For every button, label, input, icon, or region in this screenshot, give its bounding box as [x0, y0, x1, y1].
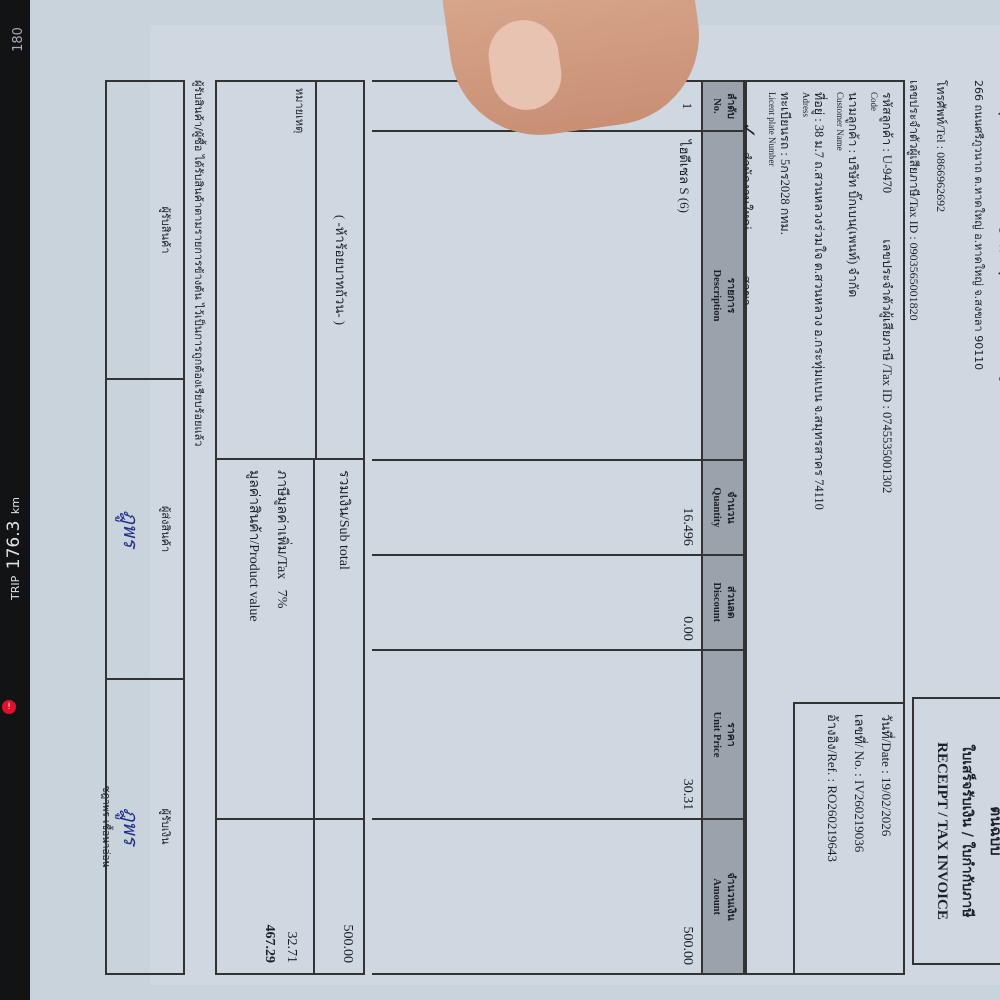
sender-signature: ฎูพร: [115, 380, 147, 678]
items-table: ลำดับNo. รายการDescription จำนวนQuantity…: [372, 80, 745, 975]
plate-row: ทะเบียนรถ : 5กร2028 กทม. Licent plate Nu…: [767, 92, 795, 692]
plate-label: ทะเบียนรถ :: [778, 92, 792, 156]
vat-rate: 7%: [274, 590, 289, 609]
product-value: 467.29: [261, 830, 277, 963]
receiver-signature-box: ผู้รับสินค้า: [105, 80, 185, 380]
copy-label: ต้นฉบับ: [984, 699, 1000, 963]
plate-sub-label: Licent plate Number: [767, 92, 777, 692]
company-name: ห้างหุ้นส่วนจำกัด วชิรญาฏ กรุ๊ป สำนักงาน…: [996, 80, 1000, 680]
tax-value: 0903565001820: [907, 243, 921, 321]
address-sub-label: Adress: [801, 92, 811, 692]
customer-name: บริษัท บิ๊กเบน(เพนท์) จำกัด: [846, 156, 860, 297]
customer-code-label: รหัสลูกค้า :: [880, 92, 894, 152]
cell-description: ไฮดีเซล S (6): [372, 131, 702, 460]
remark-label: หมายเหตุ: [293, 88, 305, 133]
subtotal-value: 500.00: [339, 830, 355, 963]
cell-unit-price: 30.31: [372, 650, 702, 820]
document-info: วันที่/Date : 19/02/2026 เลขที่/ No. : I…: [793, 702, 903, 973]
ref-row: อ้างอิง/Ref. : RO260219643: [822, 714, 843, 963]
title-english: RECEIPT / TAX INVOICE: [933, 699, 950, 963]
header-unit-price: ราคาUnit Price: [702, 650, 744, 820]
header-quantity: จำนวนQuantity: [702, 460, 744, 555]
plate-number: 5กร2028 กทม.: [778, 159, 792, 235]
totals-values: 500.00 32.71 467.29: [215, 820, 365, 975]
signature-section: ผู้รับสินค้า ผู้ส่งสินค้า ฎูพร ผู้รับเงิ…: [105, 80, 185, 975]
company-header: ห้างหุ้นส่วนจำกัด วชิรญาฏ กรุ๊ป สำนักงาน…: [904, 80, 1000, 680]
amount-in-words: ( -ห้าร้อยบาทถ้วน- ): [315, 80, 365, 460]
customer-info: รหัสลูกค้า : U-9470 เลขประจำตัวผู้เสียภา…: [747, 82, 903, 702]
totals-section: ( -ห้าร้อยบาทถ้วน- ) หมายเหตุ รวมเงิน/Su…: [215, 80, 365, 975]
tax-label: เลขประจำตัวผู้เสียภาษี/Tax ID :: [907, 80, 921, 240]
table-header: ลำดับNo. รายการDescription จำนวนQuantity…: [702, 81, 744, 974]
sender-signature-box: ผู้ส่งสินค้า ฎูพร: [105, 380, 185, 680]
payee-label: ผู้รับเงิน: [159, 809, 172, 845]
payee-signature-box: ผู้รับเงิน ฎูพร ชฎาพร เชื้อนาอ่อน: [105, 680, 185, 975]
receipt: ห้างหุ้นส่วนจำกัด วชิรญาฏ กรุ๊ป สำนักงาน…: [150, 25, 1000, 985]
table-row: 1 ไฮดีเซล S (6) 16.496 0.00 30.31 500.00: [372, 81, 702, 974]
customer-address-row: ที่อยู่ : 38 ม.7 ถ.สวนหลวงร่วมใจ ต.สวนหล…: [801, 92, 829, 692]
header-discount: ส่วนลดDiscount: [702, 555, 744, 650]
customer-tax-id: 0745535001302: [880, 412, 894, 493]
company-tax-id: เลขประจำตัวผู้เสียภาษี/Tax ID : 09035650…: [904, 80, 923, 680]
payee-signature: ฎูพร: [115, 680, 147, 973]
vat-label-row: ภาษีมูลค่าเพิ่ม/Tax 7%: [271, 470, 293, 808]
trip-readout: TRIP 176.3 km: [4, 497, 24, 600]
trip-value: 176.3: [4, 521, 24, 570]
header-description: รายการDescription: [702, 131, 744, 460]
customer-name-label: นามลูกค้า :: [846, 92, 860, 153]
header-amount: จำนวนเงินAmount: [702, 819, 744, 974]
header-no: ลำดับNo.: [702, 81, 744, 131]
product-value-label: มูลค่าสินค้า/Product value: [243, 470, 265, 808]
date-label: วันที่/Date :: [879, 714, 894, 774]
document-title: ต้นฉบับ ใบเสร็จรับเงิน / ใบกำกับภาษี REC…: [912, 697, 1000, 965]
receipt-note: ผู้รับสินค้า/ผู้ซื้อ ได้รับสินค้าตามรายก…: [190, 80, 208, 446]
ref-label: อ้างอิง/Ref. :: [825, 714, 840, 782]
brake-warning-icon: !: [2, 700, 16, 714]
totals-labels: รวมเงิน/Sub total ภาษีมูลค่าเพิ่ม/Tax 7%…: [215, 460, 365, 820]
customer-address-label: ที่อยู่ :: [812, 92, 826, 122]
customer-code-row: รหัสลูกค้า : U-9470 เลขประจำตัวผู้เสียภา…: [869, 92, 897, 692]
paper-background: ห้างหุ้นส่วนจำกัด วชิรญาฏ กรุ๊ป สำนักงาน…: [30, 0, 1000, 1000]
tel-value: 0866962692: [934, 152, 948, 212]
doc-no-value: IV260219036: [852, 780, 867, 852]
doc-no-row: เลขที่/ No. : IV260219036: [849, 714, 870, 963]
company-address: 266 ถนนศรีภูวนาถ ต.หาดใหญ่ อ.หาดใหญ่ จ.ส…: [970, 80, 988, 680]
vat-label: ภาษีมูลค่าเพิ่ม/Tax: [274, 470, 289, 579]
customer-address: 38 ม.7 ถ.สวนหลวงร่วมใจ ต.สวนหลวง อ.กระทุ…: [812, 125, 826, 510]
cell-discount: 0.00: [372, 555, 702, 650]
date-value: 19/02/2026: [879, 777, 894, 836]
trip-label: TRIP: [9, 576, 22, 600]
customer-tax-label: เลขประจำตัวผู้เสียภาษี /Tax ID :: [880, 239, 894, 408]
sender-label: ผู้ส่งสินค้า: [159, 506, 172, 552]
title-thai: ใบเสร็จรับเงิน / ใบกำกับภาษี: [956, 699, 978, 963]
speedometer-mark: 180: [11, 27, 26, 52]
doc-no-label: เลขที่/ No. :: [852, 714, 867, 777]
subtotal-label: รวมเงิน/Sub total: [333, 470, 355, 808]
tel-label: โทรศัพท์/Tel :: [934, 80, 948, 149]
customer-name-row: นามลูกค้า : บริษัท บิ๊กเบน(เพนท์) จำกัด …: [835, 92, 863, 692]
receiver-label: ผู้รับสินค้า: [159, 206, 172, 253]
cell-amount: 500.00: [372, 819, 702, 974]
code-sub-label: Code: [869, 92, 879, 692]
date-row: วันที่/Date : 19/02/2026: [876, 714, 897, 963]
ref-value: RO260219643: [825, 785, 840, 862]
trip-unit: km: [9, 497, 22, 514]
payee-name: ชฎาพร เชื้อนาอ่อน: [98, 680, 113, 973]
company-tel: โทรศัพท์/Tel : 0866962692: [931, 80, 950, 680]
customer-section: รหัสลูกค้า : U-9470 เลขประจำตัวผู้เสียภา…: [745, 80, 905, 975]
divider: [313, 460, 315, 975]
remark-box: หมายเหตุ: [215, 80, 315, 460]
customer-code: U-9470: [880, 155, 894, 193]
car-dashboard: 180 TRIP 176.3 km !: [0, 0, 34, 1000]
name-sub-label: Customer Name: [835, 92, 845, 692]
cell-quantity: 16.496: [372, 460, 702, 555]
vat-value: 32.71: [283, 830, 299, 963]
